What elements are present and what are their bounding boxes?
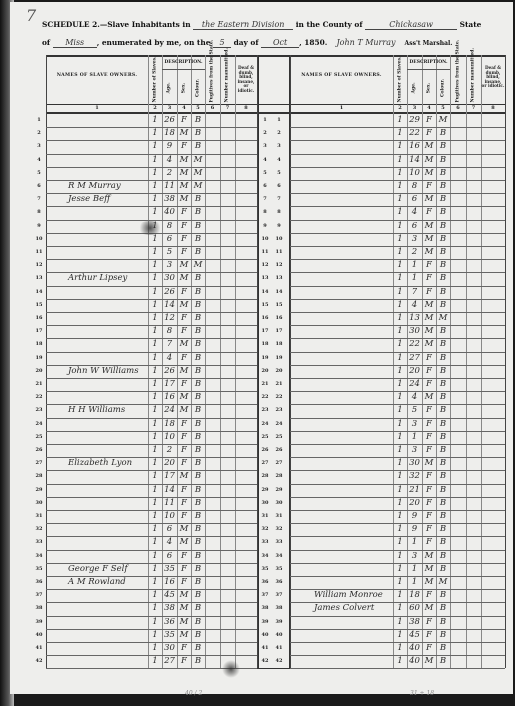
cell-age: 3 — [407, 234, 422, 244]
header-manumitted: Number manumitted. — [225, 59, 231, 102]
marshal-label: Ass't Marshal. — [405, 40, 453, 47]
row-number: 27 — [273, 460, 285, 466]
cell-count: 1 — [393, 537, 407, 547]
cell-color: B — [436, 498, 450, 508]
cell-sex: F — [177, 643, 191, 653]
state-field: Miss — [53, 38, 97, 48]
row-number: 34 — [273, 553, 285, 559]
cell-color: B — [191, 221, 205, 231]
cell-age: 18 — [162, 419, 177, 429]
cell-age: 9 — [407, 511, 422, 521]
column-number: 4 — [178, 105, 190, 111]
cell-sex: M — [422, 603, 436, 613]
cell-count: 1 — [393, 405, 407, 415]
cell-color: B — [191, 603, 205, 613]
row-number: 33 — [259, 539, 271, 545]
cell-sex: M — [422, 155, 436, 165]
cell-count: 1 — [148, 551, 162, 561]
cell-color: B — [191, 379, 205, 389]
cell-count: 1 — [148, 168, 162, 178]
row-number: 29 — [273, 487, 285, 493]
cell-age: 24 — [162, 405, 177, 415]
cell-count: 1 — [148, 537, 162, 547]
header-age: Age. — [167, 73, 173, 102]
cell-age: 8 — [407, 181, 422, 191]
cell-age: 16 — [162, 392, 177, 402]
row-number: 28 — [33, 473, 45, 479]
cell-sex: F — [177, 485, 191, 495]
cell-color: B — [436, 207, 450, 217]
cell-age: 27 — [407, 353, 422, 363]
cell-color: B — [436, 326, 450, 336]
cell-age: 10 — [162, 511, 177, 521]
row-number: 19 — [259, 355, 271, 361]
cell-count: 1 — [148, 458, 162, 468]
row-number: 39 — [259, 619, 271, 625]
cell-sex: M — [422, 339, 436, 349]
cell-sex: F — [422, 181, 436, 191]
cell-sex: M — [422, 551, 436, 561]
cell-color: B — [436, 564, 450, 574]
cell-sex: F — [177, 511, 191, 521]
cell-count: 1 — [148, 498, 162, 508]
row-number: 4 — [273, 157, 285, 163]
row-number: 21 — [33, 381, 45, 387]
cell-sex: F — [422, 379, 436, 389]
cell-sex: F — [177, 207, 191, 217]
row-number: 11 — [259, 249, 271, 255]
header-fugitives: Fugitives from the State. — [455, 59, 461, 102]
cell-sex: F — [422, 524, 436, 534]
cell-count: 1 — [393, 590, 407, 600]
cell-count: 1 — [148, 485, 162, 495]
cell-age: 26 — [162, 366, 177, 376]
cell-color: B — [191, 617, 205, 627]
table-divider — [289, 55, 290, 668]
cell-sex: F — [422, 405, 436, 415]
row-number: 37 — [273, 592, 285, 598]
slave-owner-name: H H Williams — [68, 405, 125, 415]
cell-count: 1 — [393, 471, 407, 481]
row-number: 5 — [273, 170, 285, 176]
cell-age: 5 — [407, 405, 422, 415]
ink-smudge — [137, 221, 163, 235]
cell-age: 40 — [407, 656, 422, 666]
cell-sex: F — [177, 221, 191, 231]
cell-age: 32 — [407, 471, 422, 481]
cell-age: 24 — [407, 379, 422, 389]
cell-count: 1 — [393, 207, 407, 217]
cell-sex: M — [422, 234, 436, 244]
cell-sex: F — [422, 287, 436, 297]
row-number: 5 — [259, 170, 271, 176]
cell-color: B — [191, 300, 205, 310]
cell-count: 1 — [148, 419, 162, 429]
cell-sex: F — [177, 498, 191, 508]
cell-age: 21 — [407, 485, 422, 495]
cell-age: 7 — [162, 339, 177, 349]
cell-sex: F — [422, 445, 436, 455]
cell-count: 1 — [393, 221, 407, 231]
cell-color: B — [436, 432, 450, 442]
row-number: 33 — [33, 539, 45, 545]
cell-color: B — [191, 141, 205, 151]
cell-age: 1 — [407, 577, 422, 587]
title-prefix: —Slave Inhabitants in — [100, 20, 191, 29]
row-number: 23 — [273, 407, 285, 413]
row-number: 35 — [273, 566, 285, 572]
cell-color: B — [191, 485, 205, 495]
cell-sex: M — [422, 221, 436, 231]
of-label: of — [42, 38, 50, 47]
cell-age: 7 — [407, 287, 422, 297]
cell-count: 1 — [393, 379, 407, 389]
cell-sex: F — [422, 590, 436, 600]
slave-owner-name: James Colvert — [314, 603, 374, 613]
cell-color: B — [191, 511, 205, 521]
row-number: 7 — [259, 196, 271, 202]
cell-color: M — [436, 115, 450, 125]
cell-count: 1 — [148, 564, 162, 574]
cell-count: 1 — [148, 260, 162, 270]
header-sex: Sex. — [426, 73, 432, 102]
cell-sex: M — [177, 300, 191, 310]
cell-count: 1 — [393, 168, 407, 178]
row-number: 9 — [273, 223, 285, 229]
cell-color: B — [436, 247, 450, 257]
cell-color: M — [191, 181, 205, 191]
cell-sex: M — [177, 524, 191, 534]
row-number: 40 — [33, 632, 45, 638]
row-number: 11 — [33, 249, 45, 255]
cell-color: B — [191, 339, 205, 349]
cell-age: 11 — [162, 181, 177, 191]
cell-sex: M — [422, 168, 436, 178]
cell-sex: M — [177, 181, 191, 191]
header-deaf-blind: or idiotic. — [481, 83, 505, 88]
county-field: Chickasaw — [365, 20, 457, 30]
row-number: 17 — [273, 328, 285, 334]
row-number: 10 — [33, 236, 45, 242]
cell-color: B — [191, 577, 205, 587]
cell-count: 1 — [148, 287, 162, 297]
cell-color: B — [191, 537, 205, 547]
cell-age: 45 — [162, 590, 177, 600]
cell-age: 18 — [162, 128, 177, 138]
cell-sex: F — [177, 353, 191, 363]
row-number: 32 — [273, 526, 285, 532]
enumerated-label: , enumerated by me, on the — [97, 38, 211, 47]
column-number: 1 — [336, 105, 348, 111]
cell-sex: F — [422, 498, 436, 508]
cell-age: 8 — [162, 221, 177, 231]
row-number: 41 — [273, 645, 285, 651]
schedule-label: SCHEDULE 2. — [42, 20, 100, 29]
row-number: 26 — [273, 447, 285, 453]
row-number: 17 — [33, 328, 45, 334]
slave-owner-name: John W Williams — [68, 366, 139, 376]
cell-color: B — [191, 353, 205, 363]
cell-count: 1 — [148, 194, 162, 204]
cell-color: B — [436, 141, 450, 151]
cell-sex: M — [422, 577, 436, 587]
cell-age: 10 — [407, 168, 422, 178]
cell-color: B — [191, 326, 205, 336]
cell-age: 29 — [407, 115, 422, 125]
row-number: 8 — [33, 209, 45, 215]
day-of-label: day of — [234, 38, 259, 47]
cell-age: 4 — [407, 300, 422, 310]
cell-count: 1 — [393, 247, 407, 257]
row-number: 25 — [259, 434, 271, 440]
year-label: , 1850. — [299, 38, 327, 47]
cell-sex: F — [422, 643, 436, 653]
cell-color: B — [436, 511, 450, 521]
row-number: 24 — [33, 421, 45, 427]
cell-sex: M — [422, 194, 436, 204]
cell-age: 6 — [407, 221, 422, 231]
cell-color: B — [436, 379, 450, 389]
column-number: 3 — [409, 105, 421, 111]
column-number: 7 — [222, 105, 234, 111]
row-number: 29 — [33, 487, 45, 493]
cell-sex: F — [422, 432, 436, 442]
description-rule — [162, 69, 205, 70]
row-number: 33 — [273, 539, 285, 545]
cell-color: B — [191, 564, 205, 574]
cell-sex: M — [422, 392, 436, 402]
cell-sex: F — [177, 313, 191, 323]
cell-color: B — [436, 617, 450, 627]
header-description: DESCRIPTION. — [162, 60, 205, 65]
cell-sex: F — [177, 115, 191, 125]
row-number: 32 — [33, 526, 45, 532]
cell-age: 60 — [407, 603, 422, 613]
row-number: 19 — [273, 355, 285, 361]
cell-age: 1 — [407, 564, 422, 574]
row-number: 15 — [33, 302, 45, 308]
cell-age: 35 — [162, 630, 177, 640]
row-number: 21 — [273, 381, 285, 387]
row-number: 36 — [259, 579, 271, 585]
cell-sex: F — [177, 432, 191, 442]
cell-sex: M — [422, 458, 436, 468]
cell-count: 1 — [148, 445, 162, 455]
cell-sex: M — [177, 471, 191, 481]
cell-count: 1 — [148, 247, 162, 257]
row-number: 26 — [259, 447, 271, 453]
header-number-of-slaves: Number of Slaves. — [397, 59, 403, 102]
cell-color: B — [436, 471, 450, 481]
header-colour: Colour. — [195, 73, 201, 102]
row-number: 12 — [273, 262, 285, 268]
cell-count: 1 — [393, 603, 407, 613]
cell-sex: M — [422, 313, 436, 323]
cell-color: B — [191, 273, 205, 283]
cell-age: 14 — [162, 485, 177, 495]
cell-sex: M — [422, 656, 436, 666]
cell-age: 1 — [407, 260, 422, 270]
cell-sex: M — [177, 339, 191, 349]
title-line-1: SCHEDULE 2.—Slave Inhabitants in the Eas… — [42, 20, 481, 30]
cell-count: 1 — [148, 379, 162, 389]
cell-color: B — [436, 630, 450, 640]
cell-sex: M — [177, 273, 191, 283]
row-number: 31 — [33, 513, 45, 519]
cell-color: B — [191, 524, 205, 534]
row-number: 39 — [33, 619, 45, 625]
row-number: 4 — [33, 157, 45, 163]
cell-age: 30 — [407, 458, 422, 468]
cell-count: 1 — [393, 392, 407, 402]
row-number: 14 — [259, 289, 271, 295]
cell-sex: M — [422, 300, 436, 310]
cell-count: 1 — [393, 260, 407, 270]
row-number: 16 — [259, 315, 271, 321]
cell-count: 1 — [148, 630, 162, 640]
cell-sex: F — [177, 551, 191, 561]
row-number: 10 — [273, 236, 285, 242]
cell-sex: F — [422, 115, 436, 125]
column-number: 5 — [437, 105, 449, 111]
header-deaf-blind: or idiotic. — [235, 83, 257, 93]
division-field: the Eastern Division — [193, 20, 293, 30]
cell-count: 1 — [393, 313, 407, 323]
column-number: 6 — [452, 105, 464, 111]
cell-color: B — [436, 603, 450, 613]
cell-sex: M — [177, 405, 191, 415]
state-label: State — [460, 20, 482, 29]
row-number: 24 — [273, 421, 285, 427]
row-number: 6 — [33, 183, 45, 189]
cell-count: 1 — [393, 485, 407, 495]
cell-age: 1 — [407, 432, 422, 442]
cell-age: 2 — [162, 168, 177, 178]
column-number: 5 — [192, 105, 204, 111]
cell-count: 1 — [148, 128, 162, 138]
cell-color: B — [436, 656, 450, 666]
cell-age: 3 — [407, 445, 422, 455]
cell-count: 1 — [148, 207, 162, 217]
row-number: 6 — [259, 183, 271, 189]
cell-sex: F — [422, 485, 436, 495]
cell-color: B — [191, 405, 205, 415]
cell-age: 40 — [407, 643, 422, 653]
cell-count: 1 — [393, 181, 407, 191]
cell-count: 1 — [148, 643, 162, 653]
cell-age: 4 — [162, 537, 177, 547]
cell-color: B — [436, 181, 450, 191]
cell-count: 1 — [393, 287, 407, 297]
cell-color: B — [436, 590, 450, 600]
row-number: 25 — [273, 434, 285, 440]
row-number: 38 — [273, 605, 285, 611]
cell-age: 4 — [407, 392, 422, 402]
cell-color: B — [436, 485, 450, 495]
cell-age: 4 — [162, 353, 177, 363]
row-number: 28 — [273, 473, 285, 479]
row-number: 13 — [259, 275, 271, 281]
cell-sex: M — [422, 141, 436, 151]
cell-color: B — [191, 247, 205, 257]
cell-color: B — [191, 643, 205, 653]
cell-sex: M — [177, 194, 191, 204]
row-number: 35 — [259, 566, 271, 572]
slave-owner-name: A M Rowland — [68, 577, 126, 587]
cell-age: 16 — [162, 577, 177, 587]
cell-count: 1 — [393, 617, 407, 627]
cell-age: 5 — [162, 247, 177, 257]
row-number: 39 — [273, 619, 285, 625]
slave-owner-name: Elizabeth Lyon — [68, 458, 132, 468]
table-divider — [258, 55, 259, 668]
row-number: 36 — [273, 579, 285, 585]
column-number: 8 — [487, 105, 499, 111]
cell-count: 1 — [393, 234, 407, 244]
cell-count: 1 — [393, 577, 407, 587]
footer-note-left: 40 / 2 — [185, 690, 202, 697]
cell-count: 1 — [393, 419, 407, 429]
row-number: 19 — [33, 355, 45, 361]
cell-count: 1 — [393, 498, 407, 508]
cell-age: 11 — [162, 498, 177, 508]
row-number: 21 — [259, 381, 271, 387]
cell-count: 1 — [148, 181, 162, 191]
row-number: 18 — [273, 341, 285, 347]
cell-age: 4 — [162, 155, 177, 165]
row-number: 24 — [259, 421, 271, 427]
cell-color: B — [191, 445, 205, 455]
cell-color: B — [191, 419, 205, 429]
cell-count: 1 — [393, 445, 407, 455]
cell-count: 1 — [148, 511, 162, 521]
column-number: 4 — [423, 105, 435, 111]
column-number: 8 — [240, 105, 252, 111]
cell-color: B — [436, 287, 450, 297]
cell-color: B — [191, 207, 205, 217]
cell-age: 16 — [407, 141, 422, 151]
cell-sex: F — [422, 630, 436, 640]
cell-count: 1 — [148, 326, 162, 336]
row-number: 6 — [273, 183, 285, 189]
cell-sex: M — [177, 590, 191, 600]
cell-age: 38 — [162, 194, 177, 204]
row-number: 38 — [33, 605, 45, 611]
slave-owner-name: William Monroe — [314, 590, 383, 600]
cell-sex: F — [177, 656, 191, 666]
title-line-2: of Miss, enumerated by me, on the 5 day … — [42, 38, 452, 48]
header-description: DESCRIPTION. — [407, 60, 450, 65]
row-number: 40 — [273, 632, 285, 638]
cell-color: B — [436, 128, 450, 138]
cell-age: 6 — [162, 234, 177, 244]
cell-color: B — [436, 300, 450, 310]
cell-sex: M — [422, 564, 436, 574]
day-field: 5 — [213, 38, 231, 48]
cell-sex: F — [177, 326, 191, 336]
row-number: 2 — [273, 130, 285, 136]
cell-age: 4 — [407, 207, 422, 217]
row-number: 3 — [273, 143, 285, 149]
marshal-signature: John T Murray — [330, 38, 402, 47]
cell-age: 3 — [407, 551, 422, 561]
row-number: 15 — [273, 302, 285, 308]
row-number: 2 — [259, 130, 271, 136]
row-number: 16 — [273, 315, 285, 321]
slave-owner-name: Jesse Beff — [68, 194, 110, 204]
cell-color: B — [436, 419, 450, 429]
cell-color: M — [436, 313, 450, 323]
